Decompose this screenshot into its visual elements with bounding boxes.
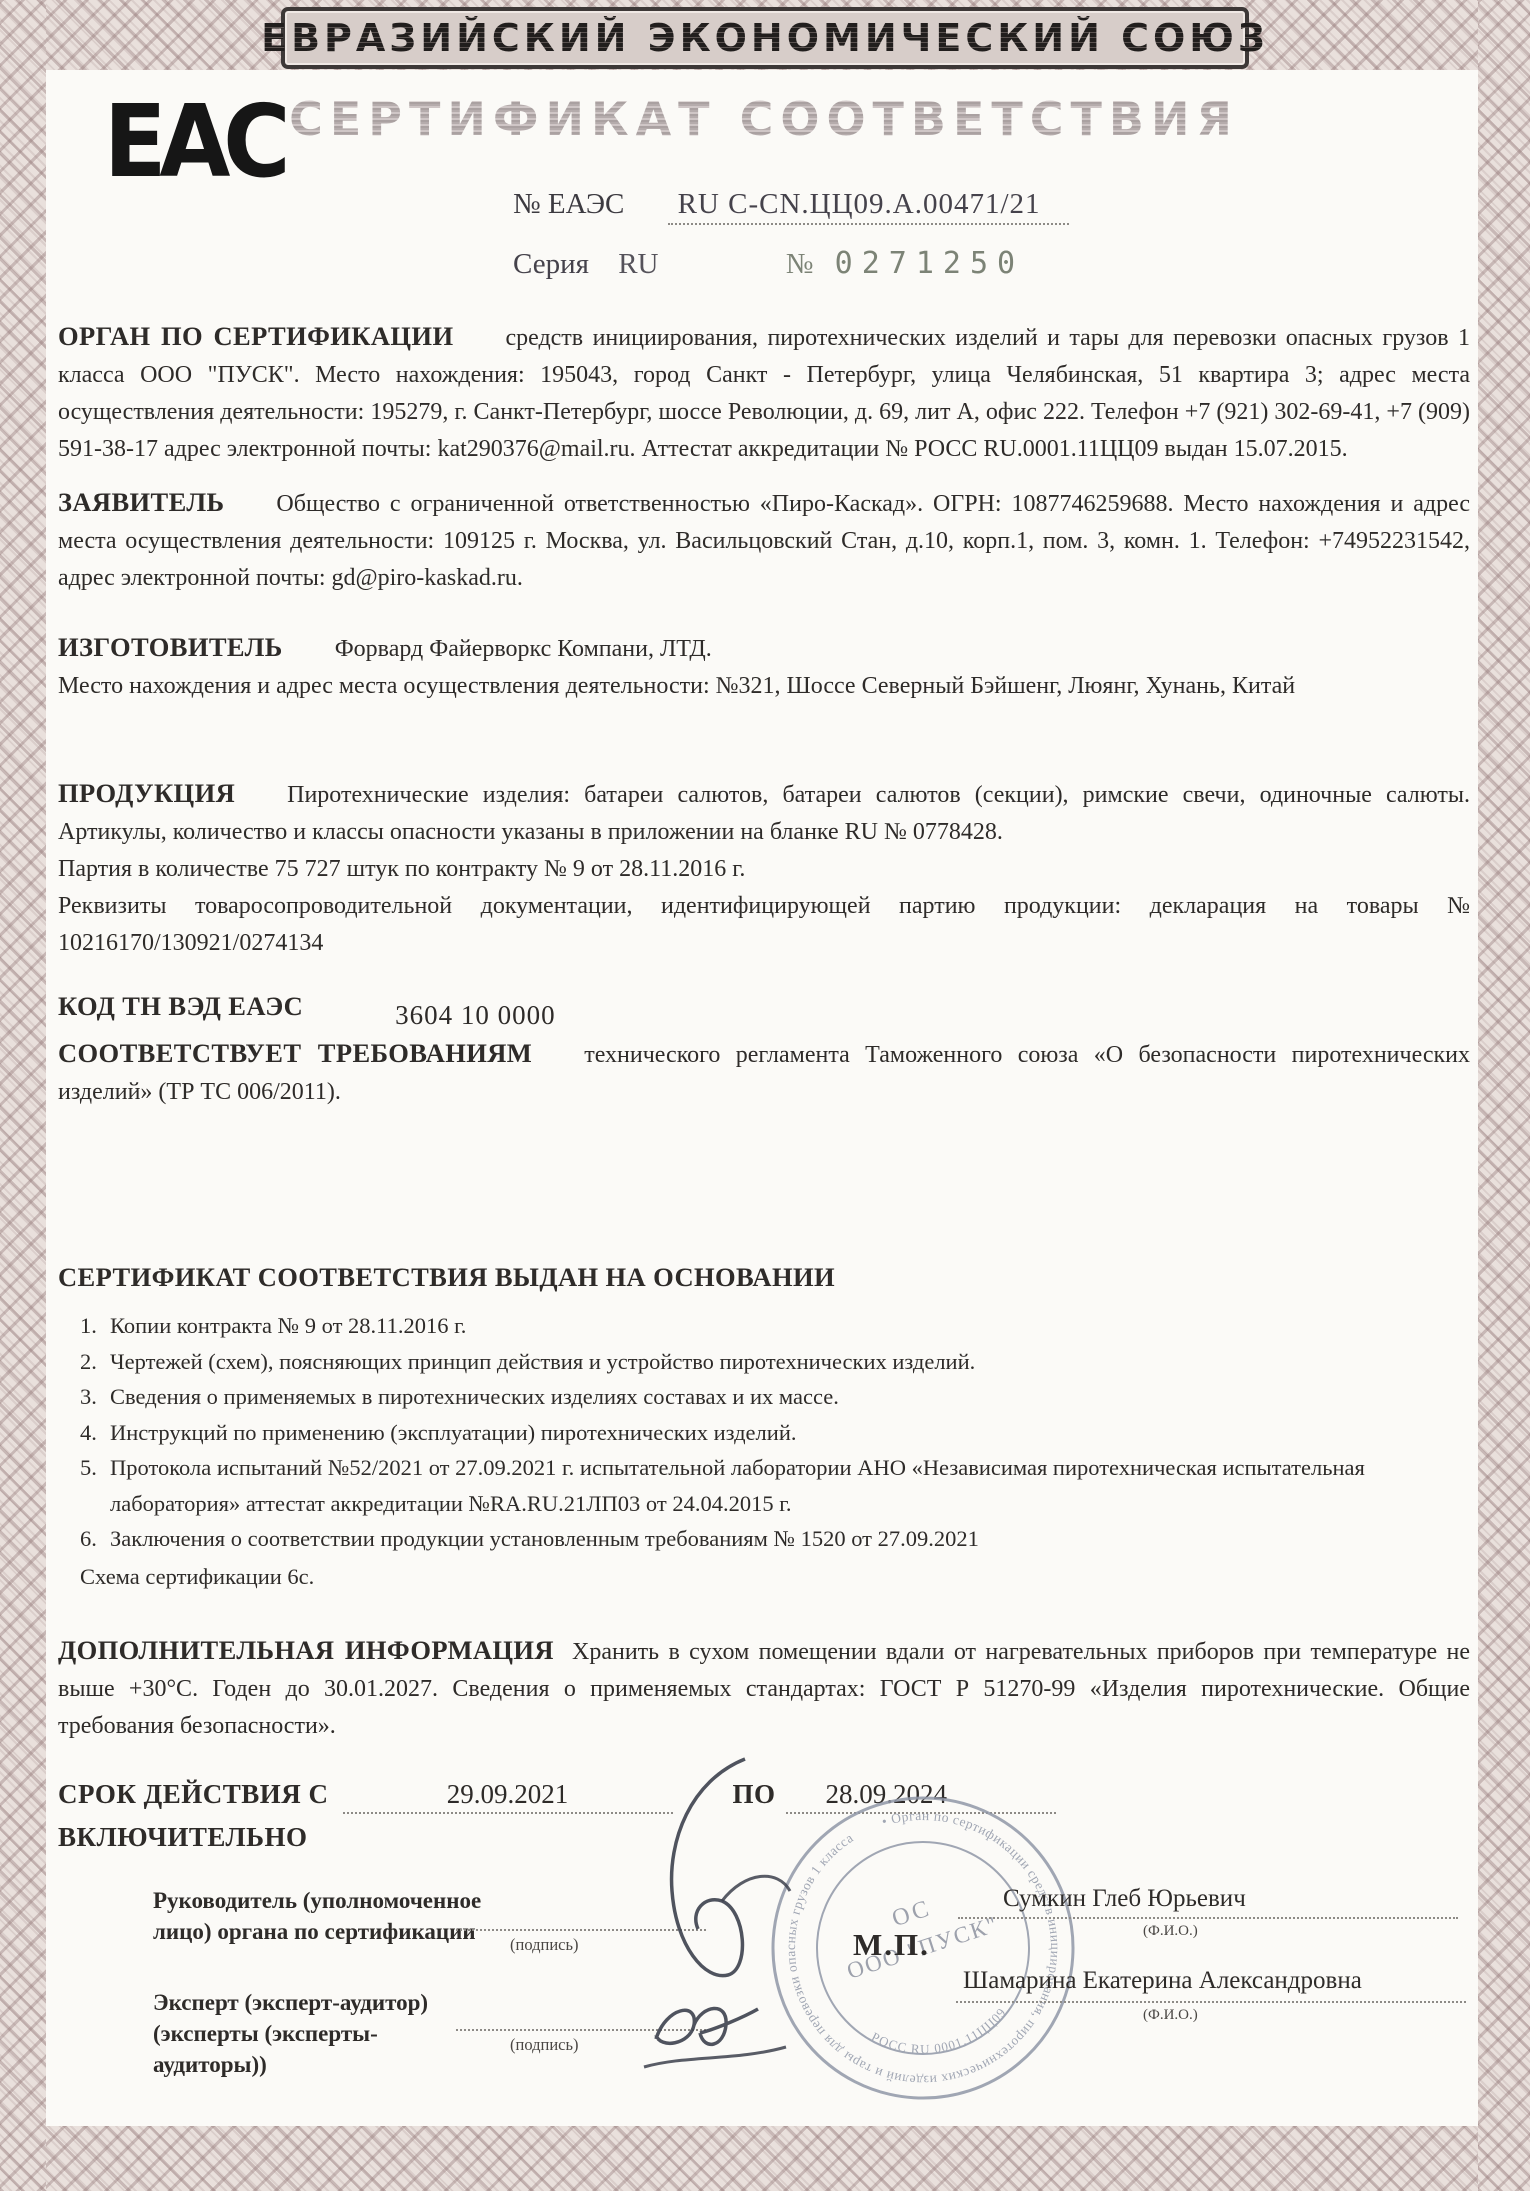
expert-full-name: Шамарина Екатерина Александровна (963, 1967, 1362, 1995)
stamp-place-label: М.П. (853, 1927, 930, 1963)
expert-name-caption: (Ф.И.О.) (1143, 2007, 1198, 2024)
applicant-heading: ЗАЯВИТЕЛЬ (58, 487, 224, 517)
expert-signature-caption: (подпись) (510, 2035, 579, 2055)
head-handwritten-signature (650, 1751, 820, 1991)
signing-block: Руководитель (уполномоченное лицо) орган… (58, 1871, 1470, 2091)
union-title-box: ЕВРАЗИЙСКИЙ ЭКОНОМИЧЕСКИЙ СОЮЗ (281, 7, 1249, 69)
serial-number: 0271250 (835, 246, 1024, 281)
certificate-number-row: № ЕАЭС RU C-CN.ЦЦ09.А.00471/21 (513, 188, 1069, 221)
validity-from-date: 29.09.2021 (343, 1779, 673, 1814)
head-full-name: Сумкин Глеб Юрьевич (1003, 1885, 1246, 1913)
validity-from-label: СРОК ДЕЙСТВИЯ С (58, 1779, 329, 1809)
border-pattern-bottom (0, 2125, 1530, 2191)
product-description: Пиротехнические изделия: батареи салютов… (58, 782, 1470, 845)
product-docs: Реквизиты товаросопроводительной докумен… (58, 888, 1470, 962)
union-title: ЕВРАЗИЙСКИЙ ЭКОНОМИЧЕСКИЙ СОЮЗ (261, 16, 1269, 60)
basis-item-number: 6. (58, 1521, 110, 1557)
section-product: ПРОДУКЦИЯПиротехнические изделия: батаре… (58, 775, 1470, 851)
serial-no-label: № (786, 248, 814, 280)
head-name-caption: (Ф.И.О.) (1143, 1923, 1198, 1940)
conformity-heading: СООТВЕТСТВУЕТ ТРЕБОВАНИЯМ (58, 1038, 532, 1068)
expert-handwritten-signature (636, 1989, 806, 2084)
basis-item-number: 1. (58, 1308, 110, 1344)
border-pattern-left (0, 0, 46, 2191)
head-signature-caption: (подпись) (510, 1935, 579, 1955)
section-tnved-code: КОД ТН ВЭД ЕАЭС3604 10 0000 (58, 988, 1470, 1027)
manufacturer-name: Форвард Файерворкс Компани, ЛТД. (335, 636, 712, 662)
product-heading: ПРОДУКЦИЯ (58, 778, 235, 808)
additional-info-heading: ДОПОЛНИТЕЛЬНАЯ ИНФОРМАЦИЯ (58, 1635, 554, 1665)
section-certification-body: ОРГАН ПО СЕРТИФИКАЦИИсредств инициирован… (58, 318, 1470, 468)
basis-item-3: 3.Сведения о применяемых в пиротехническ… (58, 1379, 1470, 1415)
manufacturer-address: Место нахождения и адрес места осуществл… (58, 668, 1470, 705)
head-name-line (958, 1917, 1458, 1919)
basis-item-5: 5.Протокола испытаний №52/2021 от 27.09.… (58, 1450, 1470, 1521)
basis-item-number: 5. (58, 1450, 110, 1486)
border-pattern-right (1478, 0, 1530, 2191)
series-value: RU (618, 248, 658, 280)
basis-item-number: 4. (58, 1415, 110, 1451)
tnved-value: 3604 10 0000 (395, 997, 556, 1034)
basis-list: 1.Копии контракта № 9 от 28.11.2016 г. 2… (58, 1308, 1470, 1557)
applicant-text: Общество с ограниченной ответственностью… (58, 491, 1470, 591)
series-row: Серия RU № 0271250 (513, 246, 1024, 281)
section-basis: СЕРТИФИКАТ СООТВЕТСТВИЯ ВЫДАН НА ОСНОВАН… (58, 1259, 1470, 1298)
section-manufacturer: ИЗГОТОВИТЕЛЬФорвард Файерворкс Компани, … (58, 629, 1470, 668)
section-additional-info: ДОПОЛНИТЕЛЬНАЯ ИНФОРМАЦИЯХранить в сухом… (58, 1632, 1470, 1745)
basis-item-2: 2.Чертежей (схем), поясняющих принцип де… (58, 1344, 1470, 1380)
head-of-body-label: Руководитель (уполномоченное лицо) орган… (153, 1885, 483, 1947)
document-title: СЕРТИФИКАТ СООТВЕТСТВИЯ (58, 92, 1470, 146)
certificate-number-value: RU C-CN.ЦЦ09.А.00471/21 (668, 188, 1069, 225)
basis-item-text: Протокола испытаний №52/2021 от 27.09.20… (110, 1450, 1470, 1521)
basis-item-1: 1.Копии контракта № 9 от 28.11.2016 г. (58, 1308, 1470, 1344)
certificate-number-label: № ЕАЭС (513, 188, 624, 220)
certification-body-heading: ОРГАН ПО СЕРТИФИКАЦИИ (58, 321, 453, 351)
expert-label: Эксперт (эксперт-аудитор) (эксперты (экс… (153, 1987, 483, 2080)
certification-scheme: Схема сертификации 6с. (80, 1559, 1470, 1594)
basis-item-4: 4.Инструкций по применению (эксплуатации… (58, 1415, 1470, 1451)
basis-item-text: Чертежей (схем), поясняющих принцип дейс… (110, 1344, 1470, 1380)
basis-item-text: Инструкций по применению (эксплуатации) … (110, 1415, 1470, 1451)
basis-item-text: Копии контракта № 9 от 28.11.2016 г. (110, 1308, 1470, 1344)
certificate-header: EAC СЕРТИФИКАТ СООТВЕТСТВИЯ № ЕАЭС RU C-… (58, 70, 1470, 318)
section-applicant: ЗАЯВИТЕЛЬОбщество с ограниченной ответст… (58, 484, 1470, 597)
basis-item-number: 3. (58, 1379, 110, 1415)
tnved-heading: КОД ТН ВЭД ЕАЭС (58, 991, 303, 1021)
manufacturer-heading: ИЗГОТОВИТЕЛЬ (58, 632, 283, 662)
basis-item-number: 2. (58, 1344, 110, 1380)
basis-item-6: 6.Заключения о соответствии продукции ус… (58, 1521, 1470, 1557)
certificate-content: EAC СЕРТИФИКАТ СООТВЕТСТВИЯ № ЕАЭС RU C-… (58, 70, 1470, 2091)
basis-item-text: Сведения о применяемых в пиротехнических… (110, 1379, 1470, 1415)
basis-item-text: Заключения о соответствии продукции уста… (110, 1521, 1470, 1557)
basis-heading: СЕРТИФИКАТ СООТВЕТСТВИЯ ВЫДАН НА ОСНОВАН… (58, 1262, 835, 1292)
section-conformity: СООТВЕТСТВУЕТ ТРЕБОВАНИЯМтехнического ре… (58, 1035, 1470, 1111)
expert-name-line (956, 2001, 1466, 2003)
series-label: Серия (513, 248, 589, 280)
product-batch: Партия в количестве 75 727 штук по контр… (58, 851, 1470, 888)
